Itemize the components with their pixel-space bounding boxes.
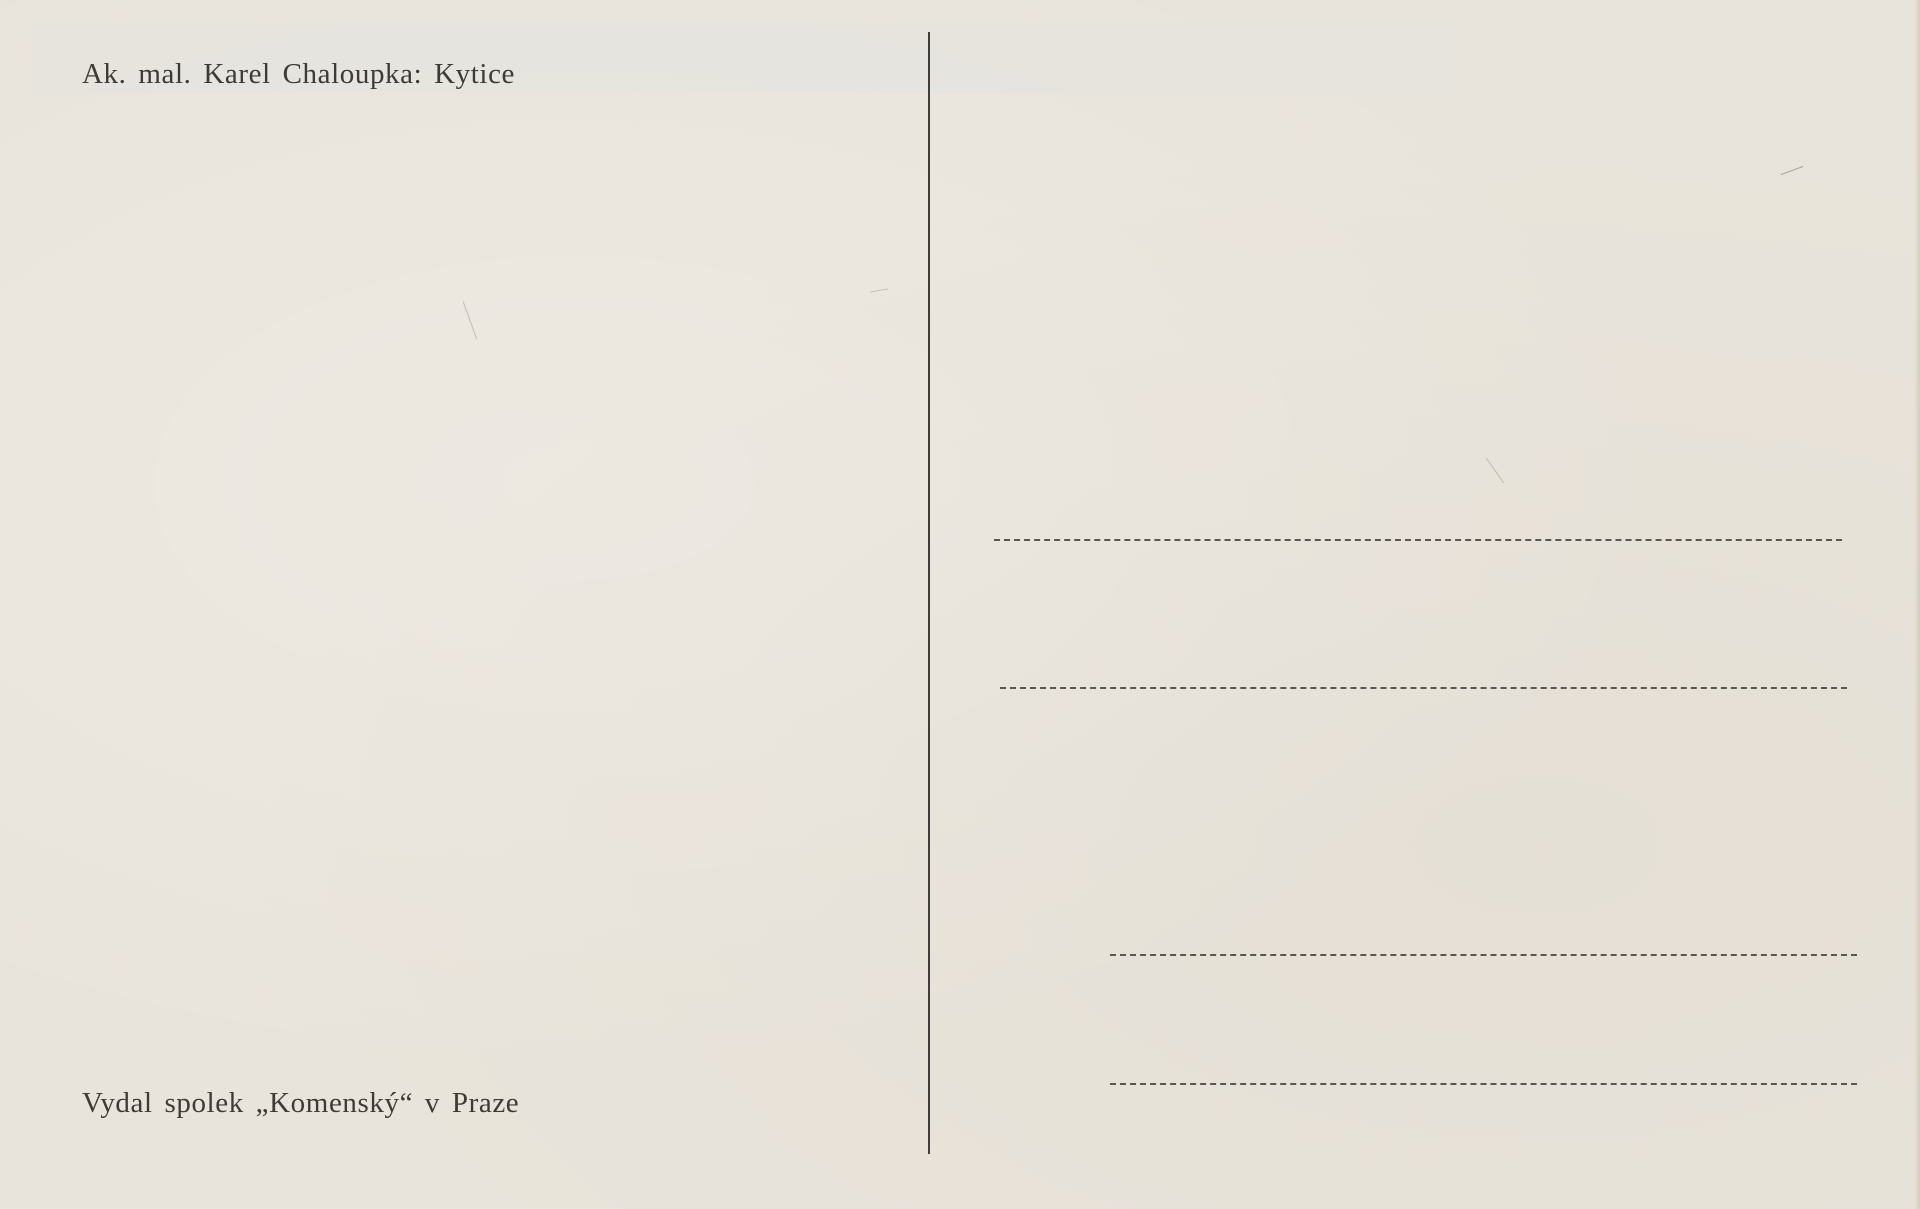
publisher-caption: Vydal spolek „Komenský“ v Praze (82, 1087, 519, 1120)
vertical-divider-line (928, 32, 930, 1154)
artist-caption: Ak. mal. Karel Chaloupka: Kytice (82, 58, 515, 91)
address-line-4 (1110, 1083, 1857, 1085)
postcard-back: Ak. mal. Karel Chaloupka: Kytice Vydal s… (0, 0, 1920, 1209)
card-right-edge (1914, 0, 1920, 1209)
paper-fiber (463, 302, 478, 340)
paper-fiber (1781, 166, 1804, 175)
paper-fiber (870, 288, 888, 292)
address-line-2 (1000, 687, 1847, 689)
address-line-1 (994, 539, 1842, 541)
paper-fiber (1486, 458, 1504, 483)
address-line-3 (1110, 954, 1857, 956)
